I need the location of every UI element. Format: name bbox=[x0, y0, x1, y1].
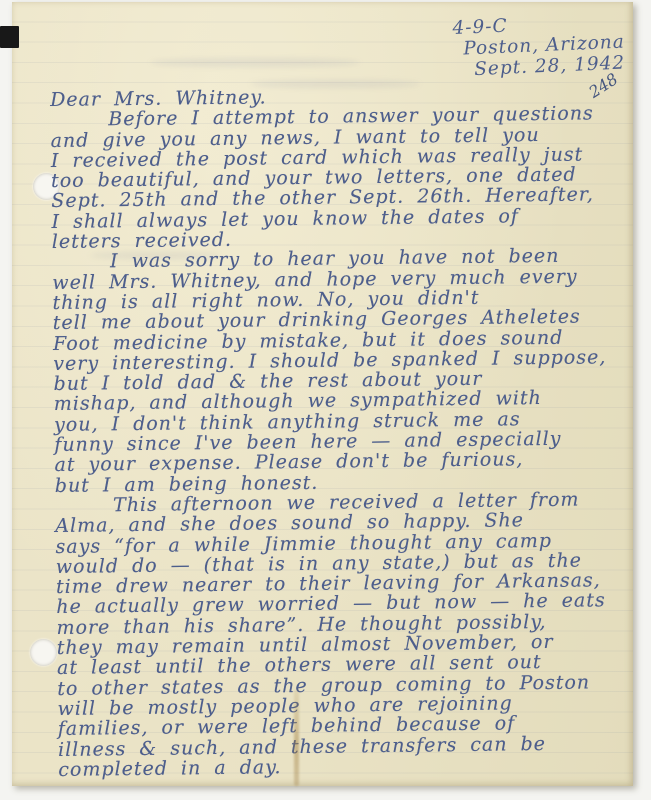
letter-body: Before I attempt to answer your question… bbox=[50, 103, 633, 780]
scanned-letter-page: 4-9-C Poston, Arizona Sept. 28, 1942 248… bbox=[0, 0, 651, 800]
paragraph: This afternoon we received a letter from… bbox=[55, 489, 633, 780]
punch-hole-bottom bbox=[30, 639, 57, 666]
crease-stain bbox=[294, 690, 299, 786]
paragraph: I was sorry to hear you have not beenwel… bbox=[52, 245, 630, 496]
paragraph: Before I attempt to answer your question… bbox=[50, 103, 627, 252]
letter-text: Dear Mrs. Whitney. Before I attempt to a… bbox=[50, 83, 633, 780]
ink-bleed-smudge bbox=[150, 58, 360, 67]
letter-heading: 4-9-C Poston, Arizona Sept. 28, 1942 bbox=[452, 10, 645, 81]
scan-corner-mark bbox=[0, 26, 19, 48]
